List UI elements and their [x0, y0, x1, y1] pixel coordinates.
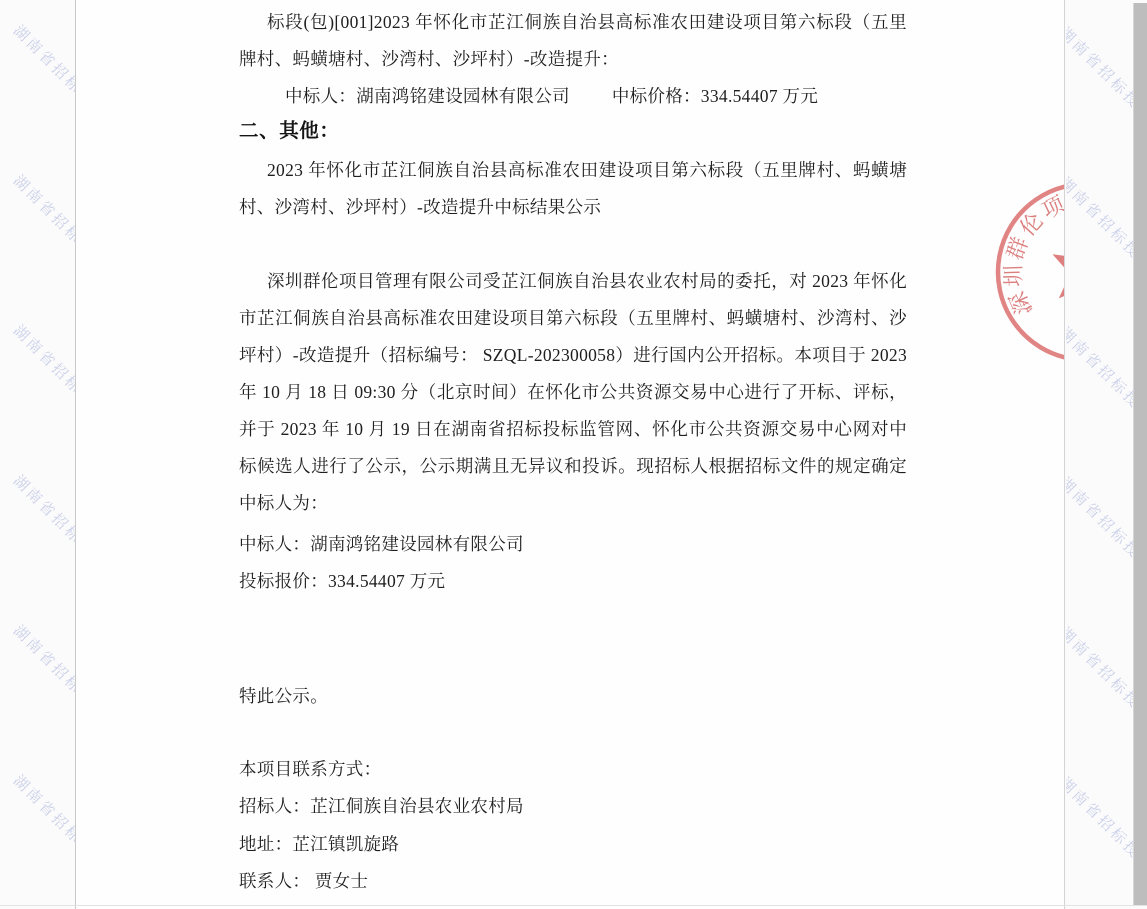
- winner-name-line: 中标人：湖南鸿铭建设园林有限公司: [239, 526, 907, 563]
- viewer-area: 湖南省招标投标监管网 湖南省招标投标监管网 湖南省招标投标监管网 湖南省招标投标…: [0, 0, 1147, 909]
- contact-heading: 本项目联系方式：: [239, 751, 907, 788]
- winner-label: 中标人：湖南鸿铭建设园林有限公司: [285, 86, 570, 106]
- watermark-text: 湖南省招标投标监管网: [9, 20, 75, 162]
- tenderer-line: 招标人：芷江侗族自治县农业农村局: [239, 788, 907, 825]
- price-label: 中标价格：334.54407 万元: [612, 86, 818, 106]
- watermark-text: 湖南省招标投标监管网: [1066, 22, 1133, 164]
- watermark-text: 湖南省招标投标监管网: [9, 320, 75, 462]
- watermark-text: 湖南省招标投标监管网: [1066, 622, 1133, 764]
- contact-person-line: 联系人： 贾女士: [239, 863, 907, 900]
- announcement-title: 2023 年怀化市芷江侗族自治县高标准农田建设项目第六标段（五里牌村、蚂蟥塘村、…: [239, 152, 907, 226]
- watermark-text: 湖南省招标投标监管网: [1066, 772, 1133, 909]
- page-bottom-edge: [0, 905, 1147, 906]
- watermark-text: 湖南省招标投标监管网: [9, 470, 75, 612]
- bid-price-line: 投标报价：334.54407 万元: [239, 563, 907, 600]
- seal-company-text: 深圳群伦项目管理有限公司: [991, 173, 1065, 344]
- seal-star-icon: [1045, 228, 1065, 308]
- document-page: 标段(包)[001]2023 年怀化市芷江侗族自治县高标准农田建设项目第六标段（…: [75, 0, 1065, 909]
- scrollbar[interactable]: [1133, 3, 1147, 905]
- body-paragraph: 深圳群伦项目管理有限公司受芷江侗族自治县农业农村局的委托，对 2023 年怀化市…: [239, 263, 907, 522]
- watermark-text: 湖南省招标投标监管网: [9, 620, 75, 762]
- watermark-text: 湖南省招标投标监管网: [9, 770, 75, 909]
- closing-note: 特此公示。: [239, 678, 907, 715]
- watermark-text: 湖南省招标投标监管网: [9, 170, 75, 312]
- winner-price-line: 中标人：湖南鸿铭建设园林有限公司中标价格：334.54407 万元: [239, 78, 907, 115]
- other-section-heading: 二、其他：: [239, 113, 907, 150]
- left-margin: 湖南省招标投标监管网 湖南省招标投标监管网 湖南省招标投标监管网 湖南省招标投标…: [0, 0, 75, 909]
- company-seal: 深圳群伦项目管理有限公司 44: [976, 162, 1065, 382]
- address-line: 地址：芷江镇凯旋路: [239, 826, 907, 863]
- watermark-text: 湖南省招标投标监管网: [1066, 322, 1133, 464]
- section-line: 标段(包)[001]2023 年怀化市芷江侗族自治县高标准农田建设项目第六标段（…: [239, 4, 907, 78]
- watermark-text: 湖南省招标投标监管网: [1066, 172, 1133, 314]
- watermark-text: 湖南省招标投标监管网: [1066, 472, 1133, 614]
- right-margin: 湖南省招标投标监管网 湖南省招标投标监管网 湖南省招标投标监管网 湖南省招标投标…: [1066, 0, 1133, 909]
